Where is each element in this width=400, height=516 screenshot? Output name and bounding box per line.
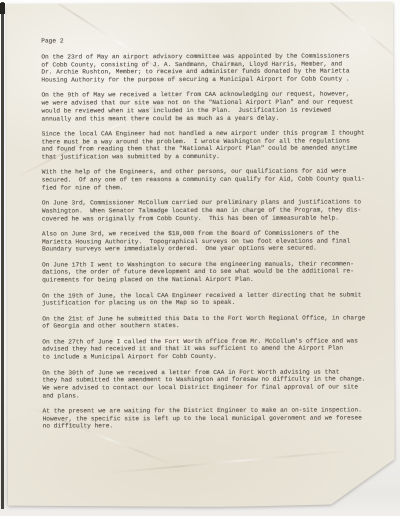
- paragraph: Also on June 3rd, we received the $10,00…: [42, 229, 388, 253]
- paragraph: On the 9th of May we received a letter f…: [41, 91, 387, 123]
- document-page: Page 2 On the 23rd of May an airport adv…: [6, 2, 395, 507]
- paragraph: On the 23rd of May an airport advisory c…: [41, 52, 387, 84]
- paragraph: At the present we are waiting for the Di…: [43, 406, 389, 430]
- crease-mark: [104, 450, 353, 475]
- paragraph: On the 27th of June I called the Fort Wo…: [42, 337, 388, 361]
- paragraph: On June 17th I went to Washington to sec…: [42, 260, 388, 284]
- paragraph: On the 21st of June he submitted this Da…: [42, 314, 388, 331]
- scan-background: Page 2 On the 23rd of May an airport adv…: [0, 0, 400, 516]
- page-number-label: Page 2: [41, 36, 387, 45]
- paragraph: On June 3rd, Commissioner McCollum carri…: [42, 199, 388, 223]
- paragraph: On the 30th of June we received a letter…: [42, 368, 388, 400]
- typewritten-text-block: Page 2 On the 23rd of May an airport adv…: [41, 36, 388, 438]
- paragraph: Since the local CAA Engineer had not han…: [42, 129, 388, 161]
- paragraph: With the help of the Engineers, and othe…: [42, 168, 388, 192]
- paragraph: On the 19th of June, the local CAA Engin…: [42, 291, 388, 308]
